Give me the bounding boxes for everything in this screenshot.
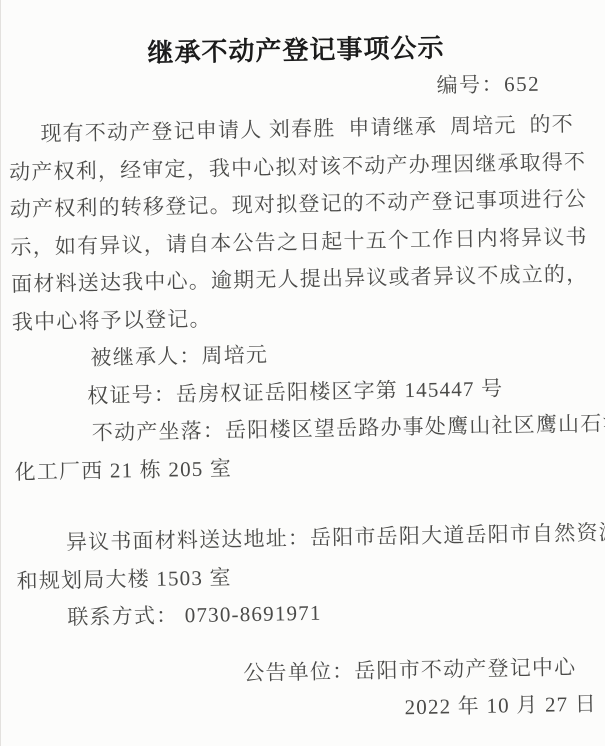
notice-footer: 公告单位：岳阳市不动产登记中心 2022 年 10 月 27 日 (18, 648, 597, 734)
notice-body-paragraph: 现有不动产登记申请人 刘春胜 申请继承 周培元 的不 动产权利，经审定，我中心拟… (8, 106, 590, 342)
scanned-notice-page: 继承不动产登记事项公示 编号：652 现有不动产登记申请人 刘春胜 申请继承 周… (0, 0, 605, 746)
notice-content: 继承不动产登记事项公示 编号：652 现有不动产登记申请人 刘春胜 申请继承 周… (0, 0, 605, 746)
objection-section: 异议书面材料送达地址：岳阳市岳阳大道岳阳市自然资源 和规划局大楼 1503 室 … (16, 515, 596, 638)
registration-details: 被继承人：周培元 权证号：岳房权证岳阳楼区字第 145447 号 不动产坐落：岳… (12, 331, 593, 492)
